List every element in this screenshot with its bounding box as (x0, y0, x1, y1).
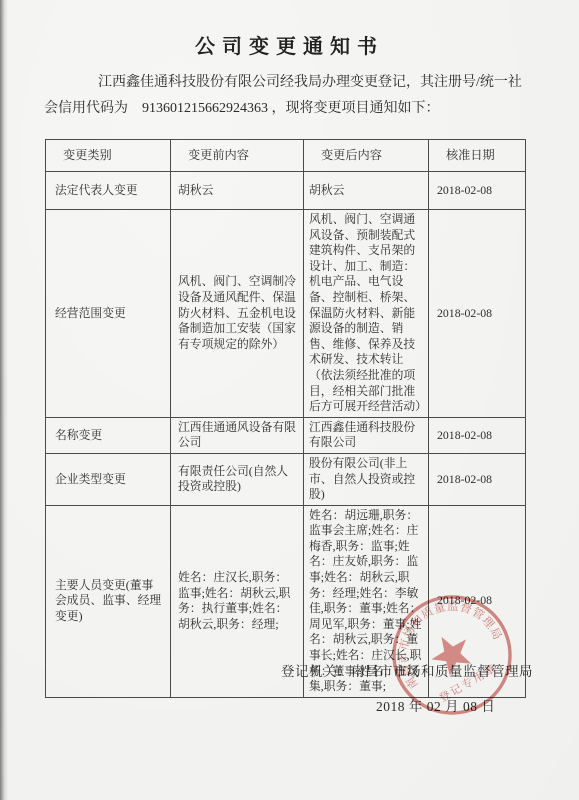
cell-after: 股份有限公司(非上市、自然人投资或控股) (304, 453, 429, 505)
col-header-category: 变更类别 (46, 140, 171, 172)
cell-after: 江西鑫佳通科技股份有限公司 (304, 417, 429, 453)
cell-date: 2018-02-08 (429, 172, 526, 210)
official-seal: 南昌市市场和质量监督管理局 登记专用章 (372, 575, 532, 735)
cell-category: 主要人员变更(董事会成员、监事、经理变更) (46, 505, 171, 697)
cell-date: 2018-02-08 (429, 453, 526, 505)
scan-edge-shadow (0, 0, 8, 800)
intro-paragraph: 江西鑫佳通科技股份有限公司经我局办理变更登记，其注册号/统一社 会信用代码为 9… (44, 70, 538, 121)
page-title: 公司变更通知书 (0, 30, 579, 59)
seal-star-icon (424, 627, 478, 680)
cell-before: 胡秋云 (171, 172, 304, 210)
table-row: 名称变更 江西佳通通风设备有限公司 江西鑫佳通科技股份有限公司 2018-02-… (46, 417, 526, 453)
table-row: 法定代表人变更 胡秋云 胡秋云 2018-02-08 (46, 172, 526, 210)
table-row: 企业类型变更 有限责任公司(自然人投资或控股) 股份有限公司(非上市、自然人投资… (46, 453, 526, 505)
cell-before: 有限责任公司(自然人投资或控股) (171, 453, 304, 505)
cell-after: 胡秋云 (304, 172, 429, 210)
col-header-after: 变更后内容 (304, 140, 429, 172)
cell-after: 风机、阀门、空调通风设备、预制装配式建筑构件、支吊架的设计、加工、制造：机电产品… (304, 210, 429, 418)
cell-category: 名称变更 (46, 417, 171, 453)
table-header-row: 变更类别 变更前内容 变更后内容 核准日期 (46, 140, 526, 172)
cell-date: 2018-02-08 (429, 417, 526, 453)
authority-label: 登记机关： (281, 664, 351, 679)
cell-before: 江西佳通通风设备有限公司 (171, 417, 304, 453)
cell-category: 企业类型变更 (46, 453, 171, 505)
cell-before: 风机、阀门、空调制冷设备及通风配件、保温防火材料、五金机电设备制造加工安装（国家… (171, 210, 304, 418)
col-header-before: 变更前内容 (171, 140, 304, 172)
table-row: 经营范围变更 风机、阀门、空调制冷设备及通风配件、保温防火材料、五金机电设备制造… (46, 210, 526, 418)
cell-date: 2018-02-08 (429, 210, 526, 418)
cell-category: 经营范围变更 (46, 210, 171, 418)
cell-category: 法定代表人变更 (46, 172, 171, 210)
col-header-date: 核准日期 (429, 140, 526, 172)
